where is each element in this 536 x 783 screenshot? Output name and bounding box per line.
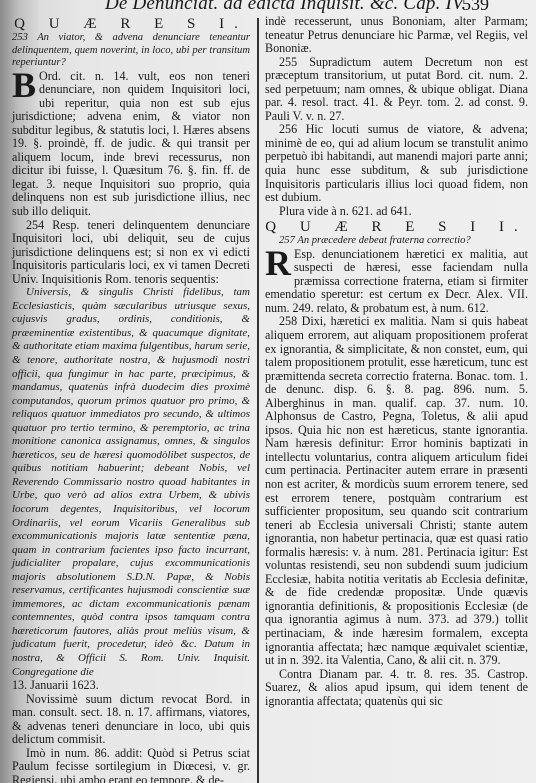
paragraph-253: BOrd. cit. n. 14. vult, eos non teneri d…: [12, 70, 250, 219]
page-number: 539: [462, 0, 489, 14]
paragraph-255: 255 Supradictum autem Decretum non est p…: [265, 56, 528, 124]
question-1-heading: Q U Æ R E S I.: [12, 16, 250, 32]
running-title: De Denunciat. ad edicta Inquisit. &c. Ca…: [105, 0, 466, 14]
question-253-title: 253 An viator, & advena denunciare tenea…: [12, 32, 250, 70]
page-header: De Denunciat. ad edicta Inquisit. &c. Ca…: [0, 0, 536, 14]
column-divider: [257, 18, 259, 783]
paragraph-257: REsp. denunciationem hæretici ex malitia…: [265, 248, 528, 316]
drop-cap: R: [265, 249, 291, 277]
plura-vide: Plura vide à n. 621. ad 641.: [265, 205, 528, 219]
question-2-heading: Q U Æ R E S I I.: [265, 219, 528, 235]
paragraph-novissime: Novissimè suum dictum revocat Bord. in m…: [12, 693, 250, 747]
paragraph-254: 254 Resp. teneri delinquentem denunciare…: [12, 219, 250, 287]
paragraph-256: 256 Hic locuti sumus de viatore, & adven…: [265, 123, 528, 204]
decree-date: 13. Januarii 1623.: [12, 679, 250, 693]
drop-cap: B: [12, 71, 36, 99]
paragraph-253-body: Ord. cit. n. 14. vult, eos non teneri de…: [12, 69, 250, 218]
right-column: indè recesserunt, unus Bononiam, alter P…: [265, 15, 528, 708]
continuation-text: indè recesserunt, unus Bononiam, alter P…: [265, 15, 528, 56]
paragraph-imo: Imò in num. 86. addit: Quòd si Petrus sc…: [12, 747, 250, 783]
paragraph-258: 258 Dixi, hæretici ex malitia. Nam si qu…: [265, 315, 528, 667]
decree-text: Universis, & singulis Christi fidelibus,…: [12, 286, 250, 679]
paragraph-contra: Contra Dianam par. 4. tr. 8. res. 35. Ca…: [265, 668, 528, 709]
left-column: Q U Æ R E S I. 253 An viator, & advena d…: [12, 15, 250, 783]
paragraph-257-body: Esp. denunciationem hæretici ex malitia,…: [265, 247, 528, 315]
